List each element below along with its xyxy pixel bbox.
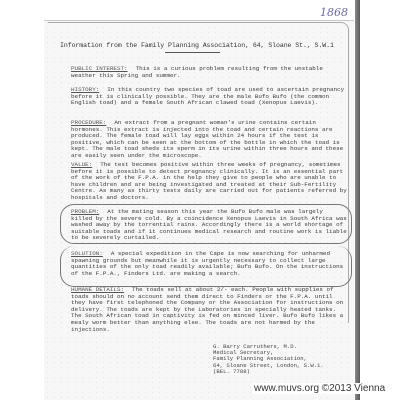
- section-text: A special expedition in the Cape is now …: [71, 250, 343, 277]
- signature-line: (BEL. 7788): [213, 369, 324, 375]
- section-text: In this country two species of toad are …: [71, 86, 344, 106]
- watermark: www.muvs.org ©2013 Vienna: [252, 383, 387, 394]
- signature-block: G. Barry Carruthers, M.D. Medical Secret…: [213, 344, 324, 375]
- document-header: Information from the Family Planning Ass…: [60, 42, 350, 49]
- section-text: At the mating season this year the Bufo …: [71, 208, 347, 241]
- section-solution: SOLUTION:A special expedition in the Cap…: [71, 251, 347, 277]
- section-text: The test becomes positive within three w…: [71, 161, 347, 201]
- section-history: HISTORY:In this country two species of t…: [71, 87, 347, 107]
- page-edge-shadow: [355, 0, 360, 400]
- handwritten-note: 1868: [320, 6, 348, 19]
- section-procedure: PROCEDURE:An extract from a pregnant wom…: [71, 120, 347, 160]
- section-text: An extract from a pregnant woman's urine…: [71, 119, 343, 159]
- section-problem: PROBLEM:At the mating season this year t…: [71, 209, 347, 242]
- section-humane-details: HUMANE DETAILS:The toads sell at about 2…: [71, 287, 347, 333]
- header-underline: [165, 52, 220, 53]
- section-public-interest: PUBLIC INTEREST:This is a curious proble…: [71, 66, 347, 79]
- section-value: VALUE:The test becomes positive within t…: [71, 162, 347, 202]
- section-text: The toads sell at about 2/- each. People…: [71, 286, 343, 333]
